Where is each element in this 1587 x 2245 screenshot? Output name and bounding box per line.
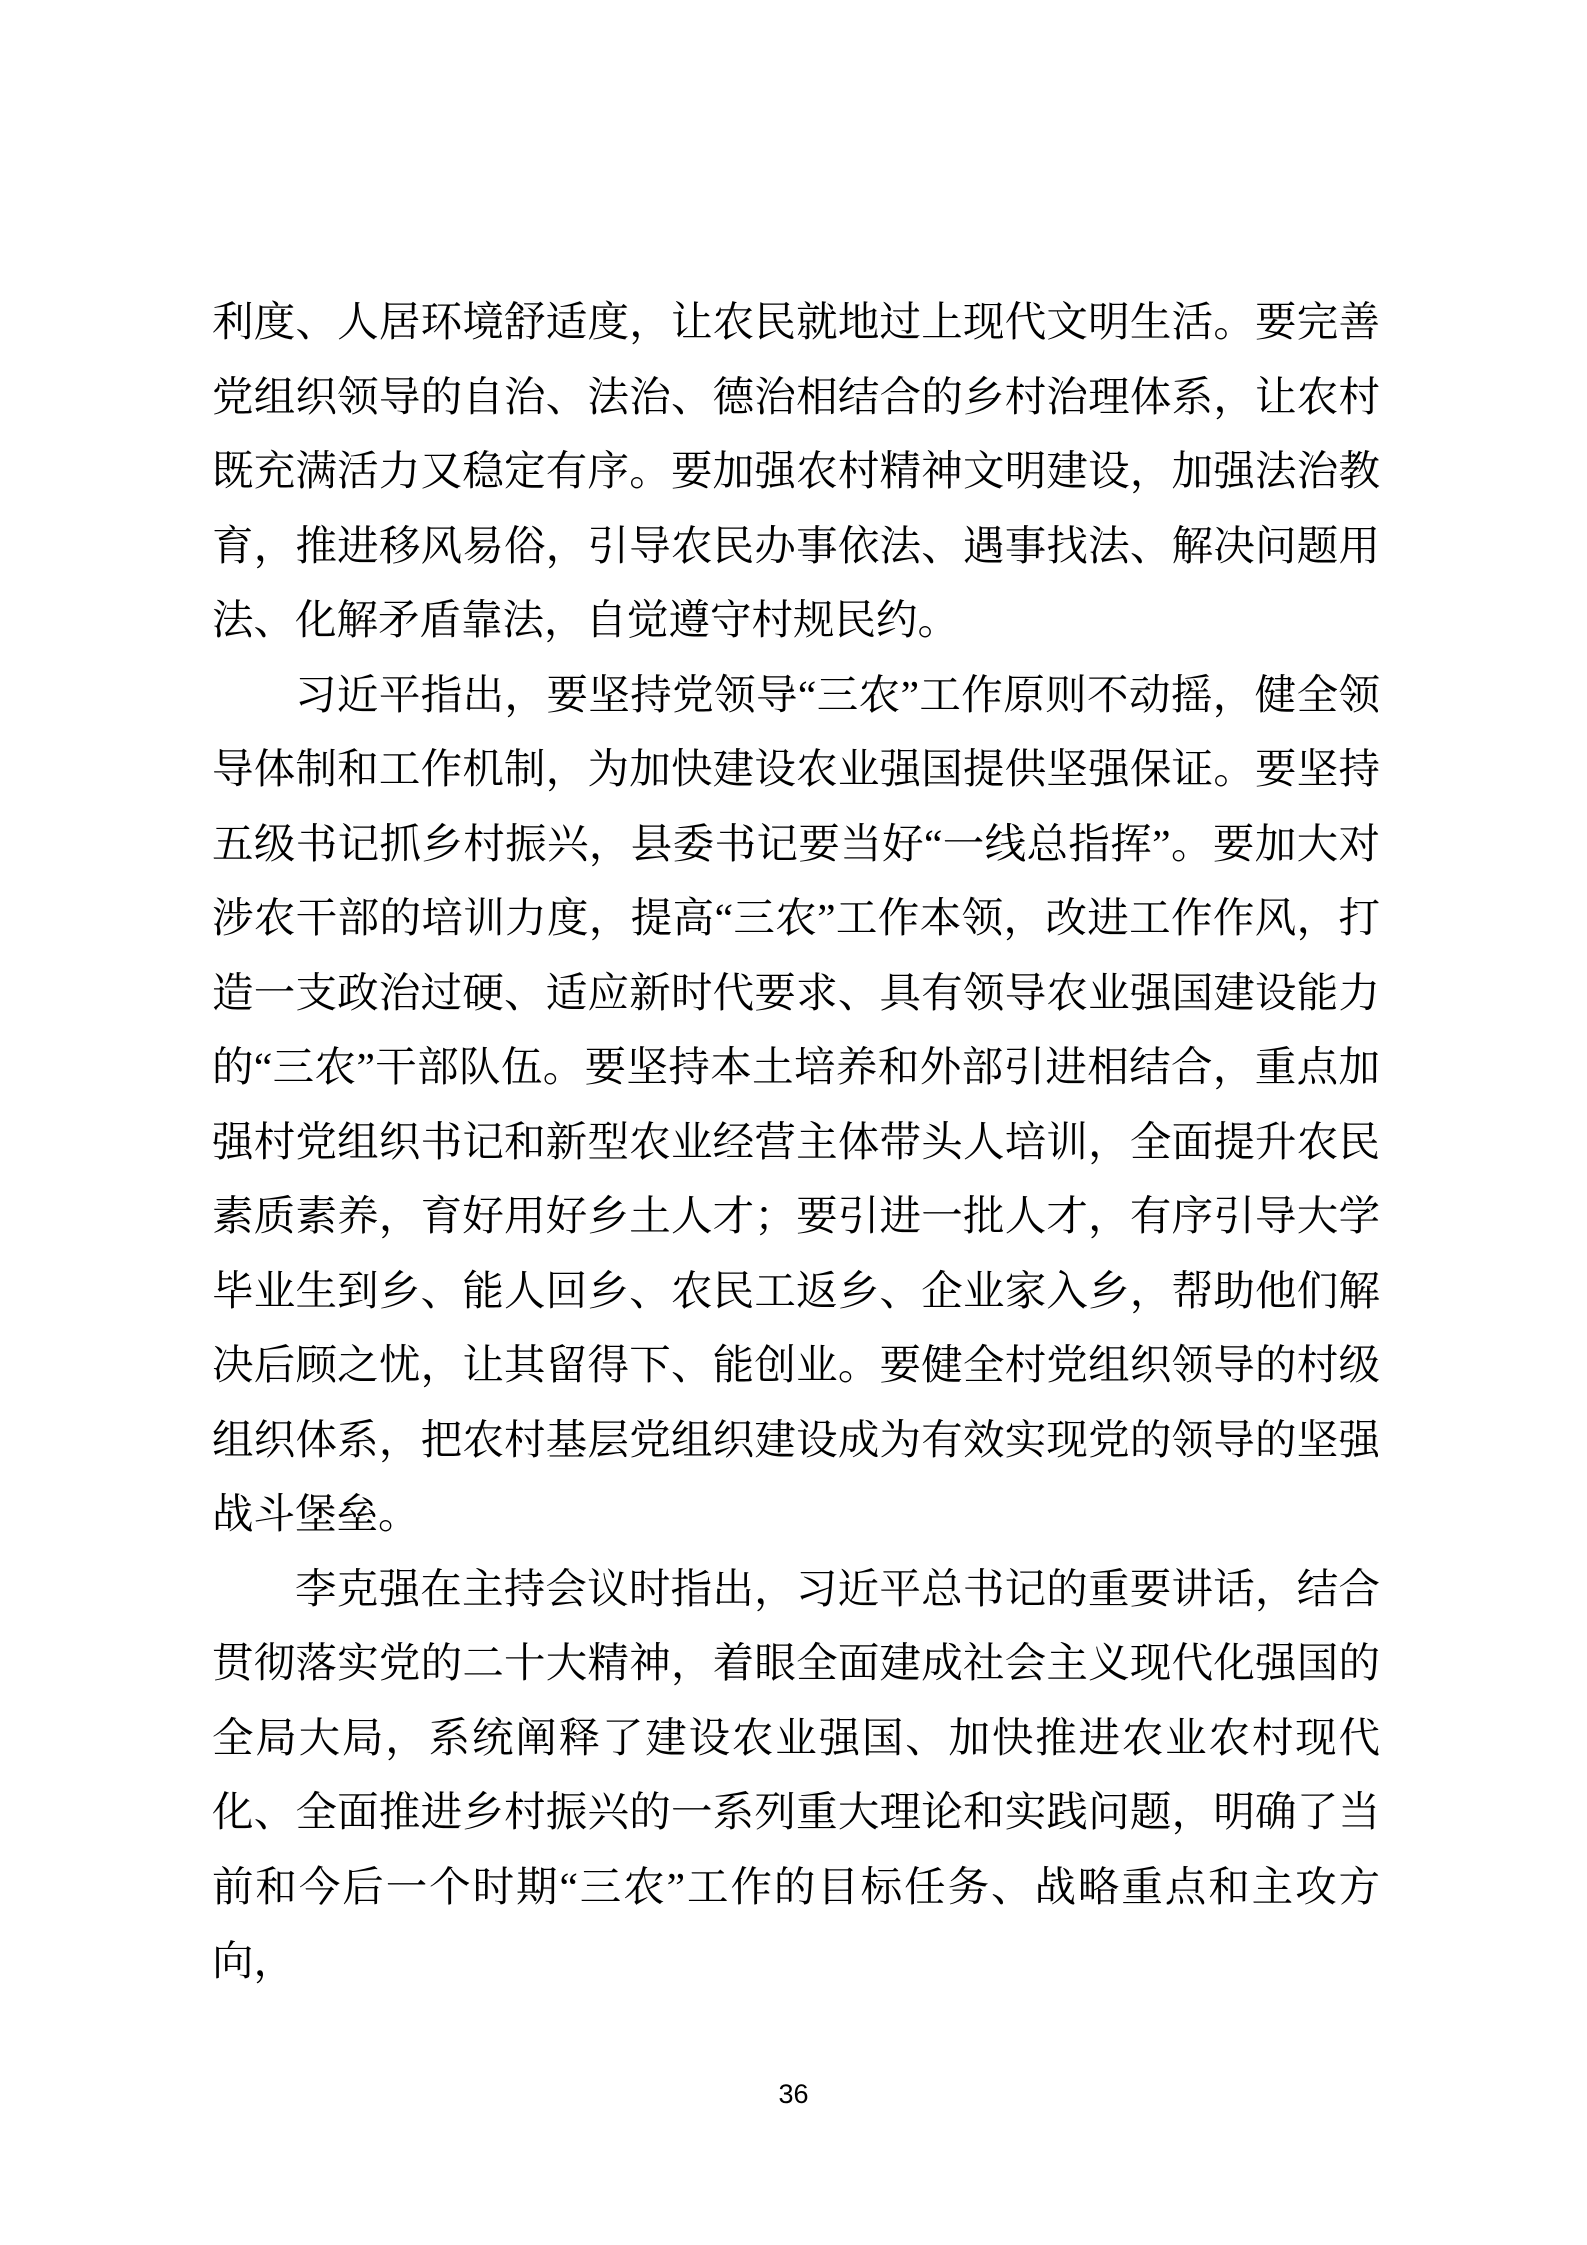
paragraph-xi-jinping-remarks: 习近平指出，要坚持党领导“三农”工作原则不动摇，健全领导体制和工作机制，为加快建… xyxy=(212,658,1380,1552)
document-page: 利度、人居环境舒适度，让农民就地过上现代文明生活。要完善党组织领导的自治、法治、… xyxy=(0,0,1587,2245)
page-number: 36 xyxy=(0,2078,1587,2110)
paragraph-li-keqiang-remarks: 李克强在主持会议时指出，习近平总书记的重要讲话，结合贯彻落实党的二十大精神，着眼… xyxy=(212,1552,1380,1999)
body-text: 利度、人居环境舒适度，让农民就地过上现代文明生活。要完善党组织领导的自治、法治、… xyxy=(212,285,1380,1999)
paragraph-continuation: 利度、人居环境舒适度，让农民就地过上现代文明生活。要完善党组织领导的自治、法治、… xyxy=(212,285,1380,658)
